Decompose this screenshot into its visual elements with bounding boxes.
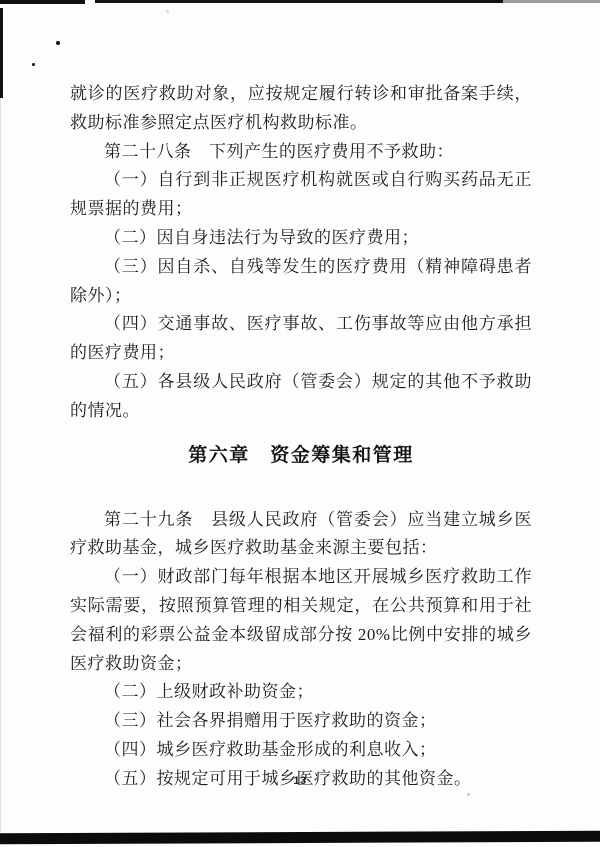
body-paragraph-item-2: （二）因自身违法行为导致的医疗费用；: [70, 224, 532, 253]
body-paragraph-continuation: 就诊的医疗救助对象，应按规定履行转诊和审批备案手续，救助标准参照定点医疗机构救助…: [70, 80, 532, 138]
document-body: 就诊的医疗救助对象，应按规定履行转诊和审批备案手续，救助标准参照定点医疗机构救助…: [70, 80, 532, 794]
scan-artifact-left-edge-line: [0, 98, 1, 833]
chapter-heading: 第六章 资金筹集和管理: [70, 442, 532, 470]
scan-artifact-left-border: [0, 8, 3, 98]
body-paragraph-item-4: （四）交通事故、医疗事故、工伤事故等应由他方承担的医疗费用；: [70, 310, 532, 368]
body-paragraph-item-2: （二）上级财政补助资金；: [70, 678, 532, 707]
scan-artifact-ink-dot: [32, 63, 35, 66]
scan-artifact-ink-dot: [166, 10, 169, 13]
scanned-document-page: 就诊的医疗救助对象，应按规定履行转诊和审批备案手续，救助标准参照定点医疗机构救助…: [0, 0, 600, 847]
body-paragraph-item-1: （一）财政部门每年根据本地区开展城乡医疗救助工作实际需要，按照预算管理的相关规定…: [70, 563, 532, 678]
scan-artifact-ink-dot: [56, 41, 60, 45]
body-paragraph-item-4: （四）城乡医疗救助基金形成的利息收入；: [70, 736, 532, 765]
scan-artifact-top-border-left: [0, 0, 85, 4]
body-paragraph-item-5: （五）各县级人民政府（管委会）规定的其他不予救助的情况。: [70, 368, 532, 426]
scan-artifact-top-border-right: [503, 0, 600, 3]
body-paragraph-item-1: （一）自行到非正规医疗机构就医或自行购买药品无正规票据的费用；: [70, 166, 532, 224]
scan-artifact-top-border-middle: [95, 0, 503, 3]
page-number: 13: [0, 775, 600, 787]
body-paragraph-item-3: （三）社会各界捐赠用于医疗救助的资金；: [70, 707, 532, 736]
body-paragraph-item-3: （三）因自杀、自残等发生的医疗费用（精神障碍患者除外）；: [70, 253, 532, 311]
body-paragraph-article-29: 第二十九条 县级人民政府（管委会）应当建立城乡医疗救助基金，城乡医疗救助基金来源…: [70, 506, 532, 564]
scan-artifact-bottom-border: [0, 831, 600, 845]
body-paragraph-article-28: 第二十八条 下列产生的医疗费用不予救助：: [70, 138, 532, 167]
